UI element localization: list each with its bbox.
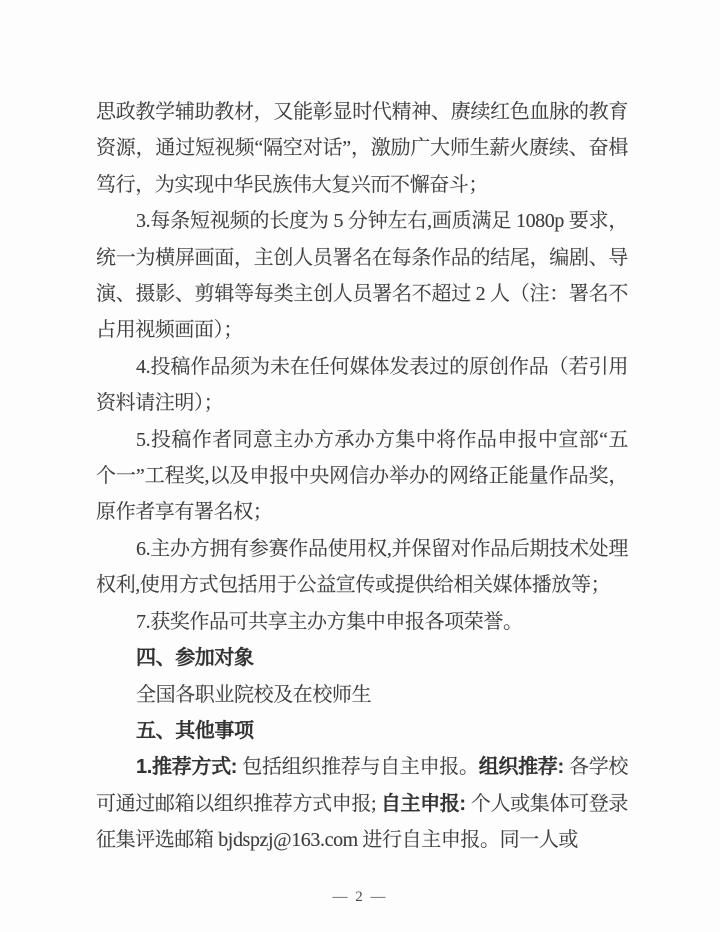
section-heading: 四、参加对象	[96, 640, 628, 676]
document-page: 思政教学辅助教材，又能彰显时代精神、赓续红色血脉的教育资源，通过短视频“隔空对话…	[0, 0, 720, 932]
paragraph: 全国各职业院校及在校师生	[96, 677, 628, 713]
paragraph: 7.获奖作品可共享主办方集中申报各项荣誉。	[96, 604, 628, 640]
section-heading: 五、其他事项	[96, 713, 628, 749]
bold-text-segment: 1.推荐方式:	[136, 756, 242, 778]
paragraph: 3.每条短视频的长度为 5 分钟左右,画质满足 1080p 要求，统一为横屏画面…	[96, 203, 628, 349]
text-segment: 5.投稿作者同意主办方承办方集中将作品申报中宣部“五个一”工程奖,以及申报中央网…	[96, 429, 628, 524]
bold-text-segment: 自主申报:	[381, 793, 471, 815]
text-segment: 4.投稿作品须为未在任何媒体发表过的原创作品（若引用资料请注明）；	[96, 356, 628, 414]
paragraph: 1.推荐方式: 包括组织推荐与自主申报。组织推荐: 各学校可通过邮箱以组织推荐方…	[96, 749, 628, 858]
text-segment: 6.主办方拥有参赛作品使用权,并保留对作品后期技术处理权利,使用方式包括用于公益…	[96, 538, 628, 596]
bold-text-segment: 五、其他事项	[136, 720, 254, 742]
text-segment: 思政教学辅助教材，又能彰显时代精神、赓续红色血脉的教育资源，通过短视频“隔空对话…	[96, 101, 628, 196]
text-segment: 3.每条短视频的长度为 5 分钟左右,画质满足 1080p 要求，统一为横屏画面…	[96, 210, 628, 341]
paragraph: 思政教学辅助教材，又能彰显时代精神、赓续红色血脉的教育资源，通过短视频“隔空对话…	[96, 94, 628, 203]
paragraph: 5.投稿作者同意主办方承办方集中将作品申报中宣部“五个一”工程奖,以及申报中央网…	[96, 422, 628, 531]
bold-text-segment: 组织推荐:	[479, 756, 569, 778]
page-footer: — 2 —	[0, 889, 720, 906]
text-segment: 包括组织推荐与自主申报。	[242, 756, 478, 778]
paragraph: 4.投稿作品须为未在任何媒体发表过的原创作品（若引用资料请注明）；	[96, 349, 628, 422]
text-segment: 7.获奖作品可共享主办方集中申报各项荣誉。	[136, 611, 523, 633]
bold-text-segment: 四、参加对象	[136, 647, 254, 669]
document-body: 思政教学辅助教材，又能彰显时代精神、赓续红色血脉的教育资源，通过短视频“隔空对话…	[96, 94, 628, 859]
paragraph: 6.主办方拥有参赛作品使用权,并保留对作品后期技术处理权利,使用方式包括用于公益…	[96, 531, 628, 604]
page-number: — 2 —	[333, 889, 388, 905]
text-segment: 全国各职业院校及在校师生	[136, 684, 371, 706]
